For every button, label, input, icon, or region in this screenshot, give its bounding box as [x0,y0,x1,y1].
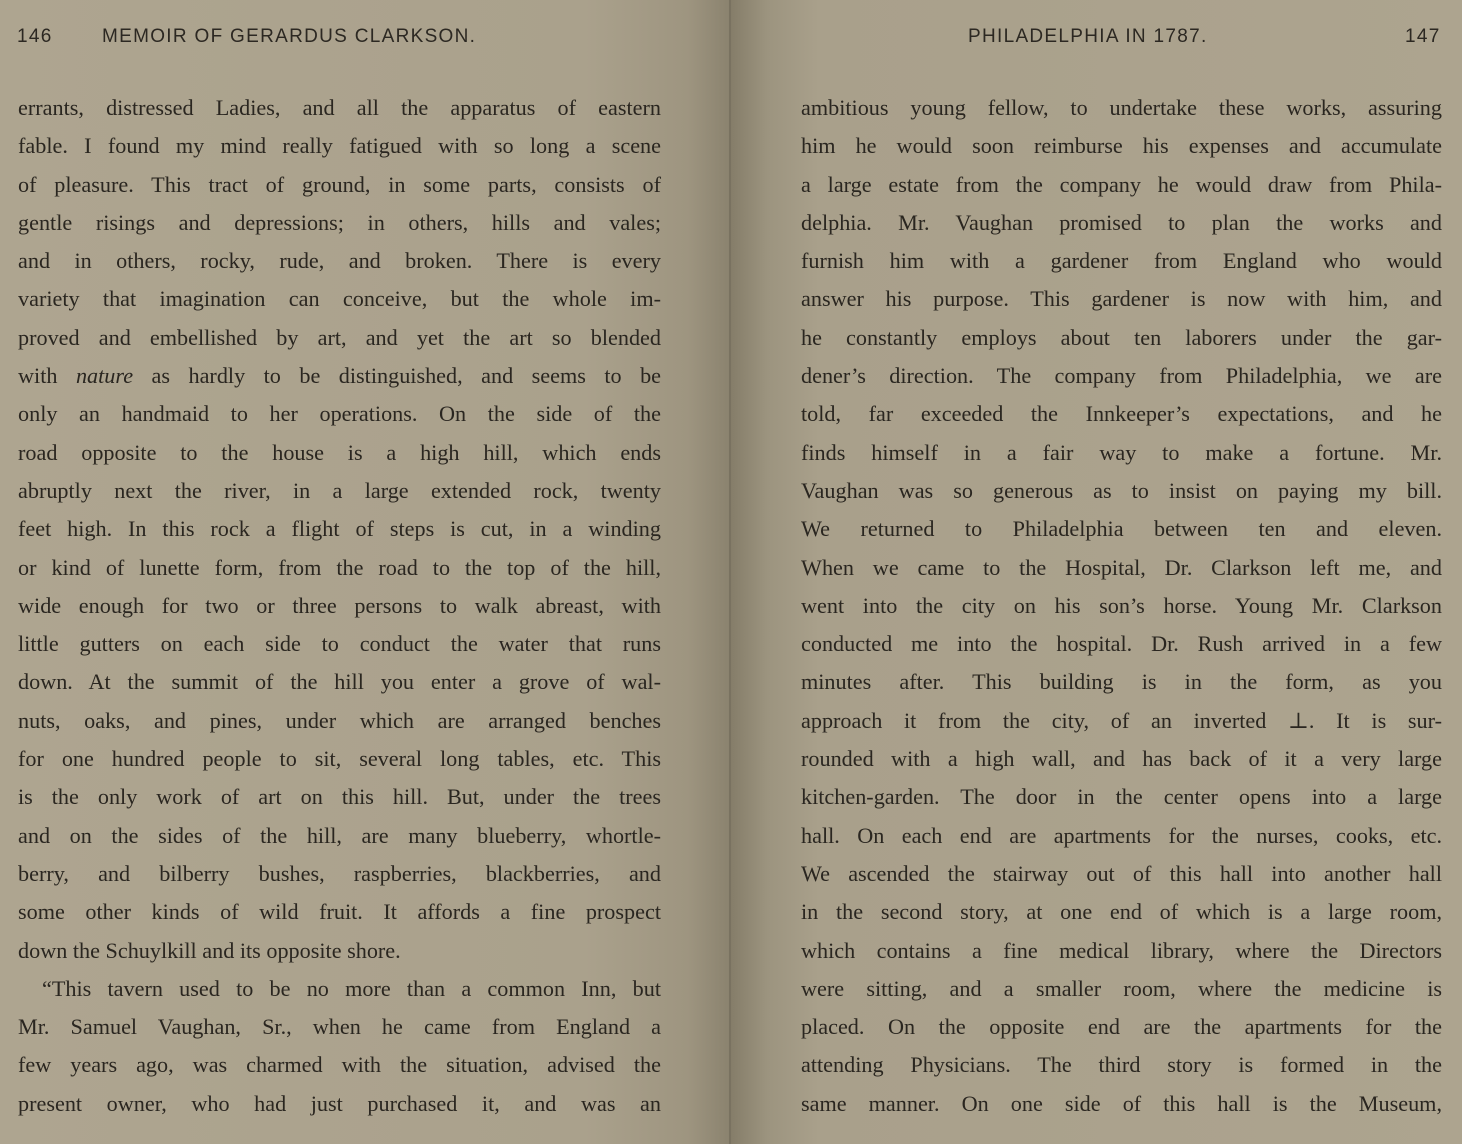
book-spread: 146 MEMOIR OF GERARDUS CLARKSON. errants… [0,0,1462,1144]
text-line: Mr. Samuel Vaughan, Sr., when he came fr… [18,1008,661,1046]
right-page: PHILADELPHIA IN 1787. 147 ambitious youn… [731,0,1462,1144]
page-number: 146 [17,26,53,48]
text-line: little gutters on each side to conduct t… [18,625,661,663]
italic-word: nature [76,363,133,388]
text-line: a large estate from the company he would… [801,166,1442,204]
text-line: We returned to Philadelphia between ten … [801,510,1442,548]
text-line: and in others, rocky, rude, and broken. … [18,242,661,280]
text-line: went into the city on his son’s horse. Y… [801,587,1442,625]
text-line: minutes after. This building is in the f… [801,663,1442,701]
text-line: or kind of lunette form, from the road t… [18,549,661,587]
text-line: berry, and bilberry bushes, raspberries,… [18,855,661,893]
text-line: kitchen-garden. The door in the center o… [801,778,1442,816]
text-line: finds himself in a fair way to make a fo… [801,434,1442,472]
text-line: is the only work of art on this hill. Bu… [18,778,661,816]
text-line: furnish him with a gardener from England… [801,242,1442,280]
text-line: answer his purpose. This gardener is now… [801,280,1442,318]
text-line: for one hundred people to sit, several l… [18,740,661,778]
text-line: dener’s direction. The company from Phil… [801,357,1442,395]
text-line: him he would soon reimburse his expenses… [801,127,1442,165]
text-line: he constantly employs about ten laborers… [801,319,1442,357]
text-line: same manner. On one side of this hall is… [801,1085,1442,1123]
text-line: conducted me into the hospital. Dr. Rush… [801,625,1442,663]
page-body: errants, distressed Ladies, and all the … [18,89,661,1123]
text-line: abruptly next the river, in a large exte… [18,472,661,510]
text-line: variety that imagination can conceive, b… [18,280,661,318]
text-line: rounded with a high wall, and has back o… [801,740,1442,778]
text-line: approach it from the city, of an inverte… [801,702,1442,740]
text-fragment: as hardly to be distinguished, and seems… [152,363,661,388]
text-line: attending Physicians. The third story is… [801,1046,1442,1084]
text-line: only an handmaid to her operations. On t… [18,395,661,433]
text-line: proved and embellished by art, and yet t… [18,319,661,357]
text-line: Vaughan was so generous as to insist on … [801,472,1442,510]
text-line: hall. On each end are apartments for the… [801,817,1442,855]
text-line: down the Schuylkill and its opposite sho… [18,932,661,970]
text-line: which contains a fine medical library, w… [801,932,1442,970]
text-line: placed. On the opposite end are the apar… [801,1008,1442,1046]
left-page: 146 MEMOIR OF GERARDUS CLARKSON. errants… [0,0,731,1144]
text-line: ambitious young fellow, to undertake the… [801,89,1442,127]
text-line: with nature as hardly to be distinguishe… [18,357,661,395]
text-line: in the second story, at one end of which… [801,893,1442,931]
running-title: PHILADELPHIA IN 1787. [968,26,1208,48]
text-line: present owner, who had just purchased it… [18,1085,661,1123]
text-line: nuts, oaks, and pines, under which are a… [18,702,661,740]
running-title: MEMOIR OF GERARDUS CLARKSON. [102,26,476,48]
text-line: few years ago, was charmed with the situ… [18,1046,661,1084]
text-line: wide enough for two or three persons to … [18,587,661,625]
text-line: gentle risings and depressions; in other… [18,204,661,242]
text-line: feet high. In this rock a flight of step… [18,510,661,548]
page-body: ambitious young fellow, to undertake the… [801,89,1442,1123]
text-line: down. At the summit of the hill you ente… [18,663,661,701]
text-line: delphia. Mr. Vaughan promised to plan th… [801,204,1442,242]
text-line: errants, distressed Ladies, and all the … [18,89,661,127]
text-line: some other kinds of wild fruit. It affor… [18,893,661,931]
text-line: were sitting, and a smaller room, where … [801,970,1442,1008]
text-line: of pleasure. This tract of ground, in so… [18,166,661,204]
text-line: We ascended the stairway out of this hal… [801,855,1442,893]
text-line: When we came to the Hospital, Dr. Clarks… [801,549,1442,587]
text-line: fable. I found my mind really fatigued w… [18,127,661,165]
text-line: road opposite to the house is a high hil… [18,434,661,472]
text-fragment: with [18,363,57,388]
text-line: told, far exceeded the Innkeeper’s expec… [801,395,1442,433]
text-line: and on the sides of the hill, are many b… [18,817,661,855]
text-line: “This tavern used to be no more than a c… [18,970,661,1008]
page-number: 147 [1405,26,1441,48]
